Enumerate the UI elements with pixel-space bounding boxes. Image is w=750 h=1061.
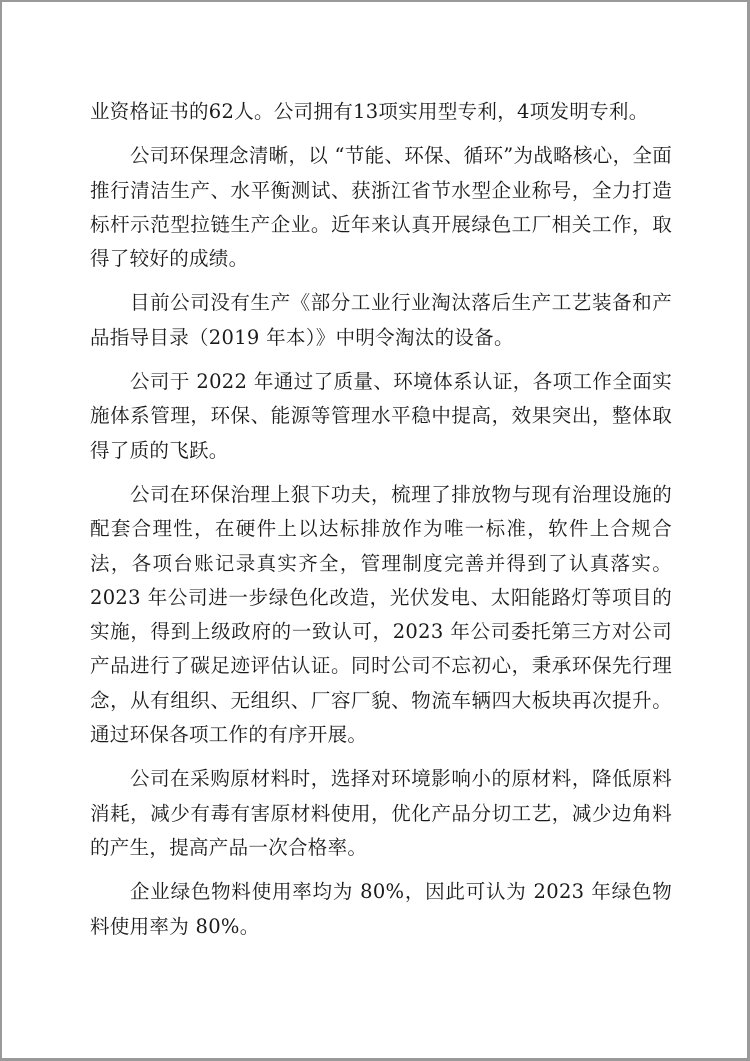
- paragraph-environmental-governance: 公司在环保治理上狠下功夫，梳理了排放物与现有治理设施的配套合理性，在硬件上以达标…: [90, 478, 672, 752]
- document-page: 业资格证书的62人。公司拥有13项实用型专利，4项发明专利。 公司环保理念清晰，…: [0, 0, 750, 1061]
- document-body: 业资格证书的62人。公司拥有13项实用型专利，4项发明专利。 公司环保理念清晰，…: [90, 95, 672, 954]
- paragraph-environmental-philosophy: 公司环保理念清晰，以 “节能、环保、循环”为战略核心，全面推行清洁生产、水平衡测…: [90, 139, 672, 276]
- paragraph-raw-material-procurement: 公司在采购原材料时，选择对环境影响小的原材料，降低原料消耗，减少有毒有害原材料使…: [90, 762, 672, 865]
- paragraph-certificates-patents: 业资格证书的62人。公司拥有13项实用型专利，4项发明专利。: [90, 95, 672, 129]
- paragraph-system-certification: 公司于 2022 年通过了质量、环境体系认证，各项工作全面实施体系管理，环保、能…: [90, 365, 672, 468]
- paragraph-no-obsolete-equipment: 目前公司没有生产《部分工业行业淘汰落后生产工艺装备和产品指导目录（2019 年本…: [90, 286, 672, 355]
- paragraph-green-material-rate: 企业绿色物料使用率均为 80%，因此可认为 2023 年绿色物料使用率为 80%…: [90, 875, 672, 944]
